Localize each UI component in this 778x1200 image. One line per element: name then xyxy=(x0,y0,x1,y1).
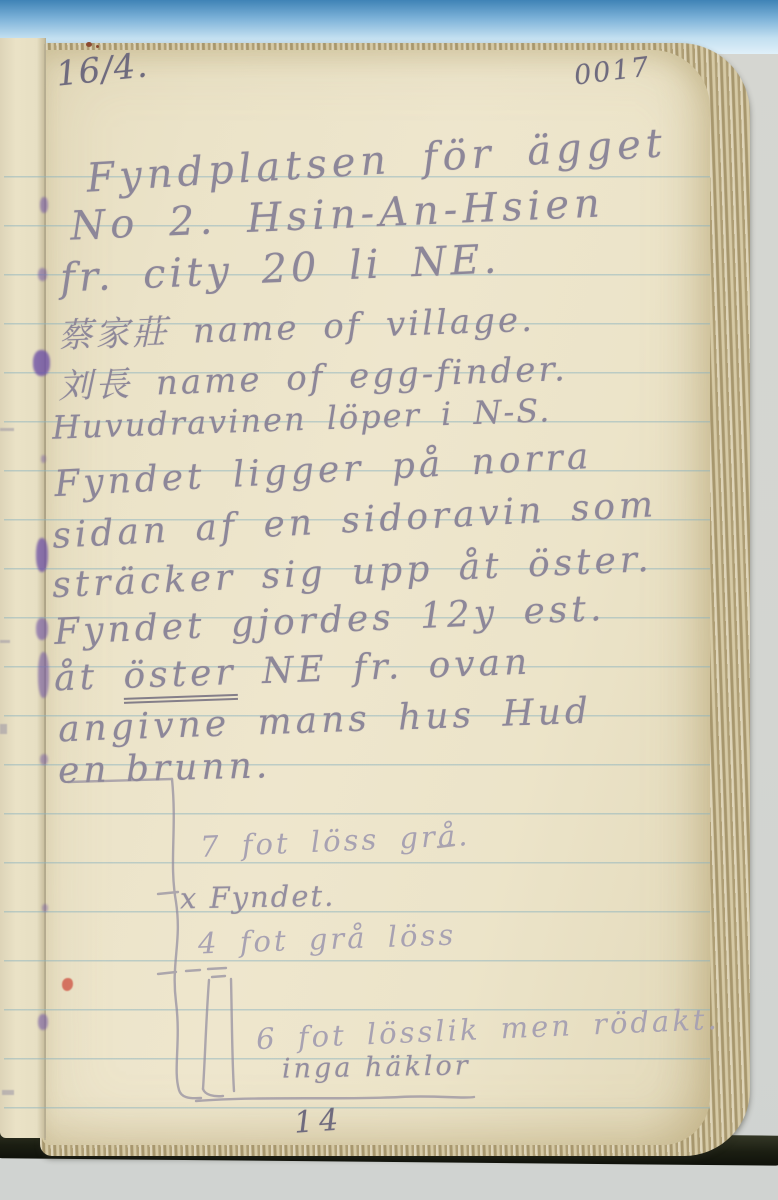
ink-stain xyxy=(38,652,49,698)
notebook-scan: 16/4. 0017 Fyndplatsen för ägget No 2. H… xyxy=(0,0,778,1200)
bleed-through-mark xyxy=(0,724,7,734)
ink-stain xyxy=(36,538,48,572)
ink-stain xyxy=(41,455,46,463)
bleed-through-mark xyxy=(0,428,14,431)
bleed-through-mark xyxy=(0,640,10,643)
ink-stain xyxy=(38,1014,48,1030)
diagram-label-find-marker: x Fyndet. xyxy=(180,879,336,916)
ink-stain xyxy=(38,268,47,281)
ink-stain xyxy=(33,350,50,376)
line-pre: åt xyxy=(53,656,124,699)
paper-speck xyxy=(96,45,99,48)
ink-stain xyxy=(42,904,48,912)
diagram-label-layer-bottom-note: inga häklor xyxy=(282,1050,471,1084)
bleed-through-mark xyxy=(2,1090,14,1095)
ink-stain xyxy=(40,754,48,765)
handwriting-line: en brunn. xyxy=(57,745,271,792)
paper-speck xyxy=(86,42,92,47)
ink-stain xyxy=(40,197,48,213)
page-number: 14 xyxy=(293,1102,346,1140)
ink-stain xyxy=(36,618,48,640)
underlined-word: öster xyxy=(123,652,238,704)
